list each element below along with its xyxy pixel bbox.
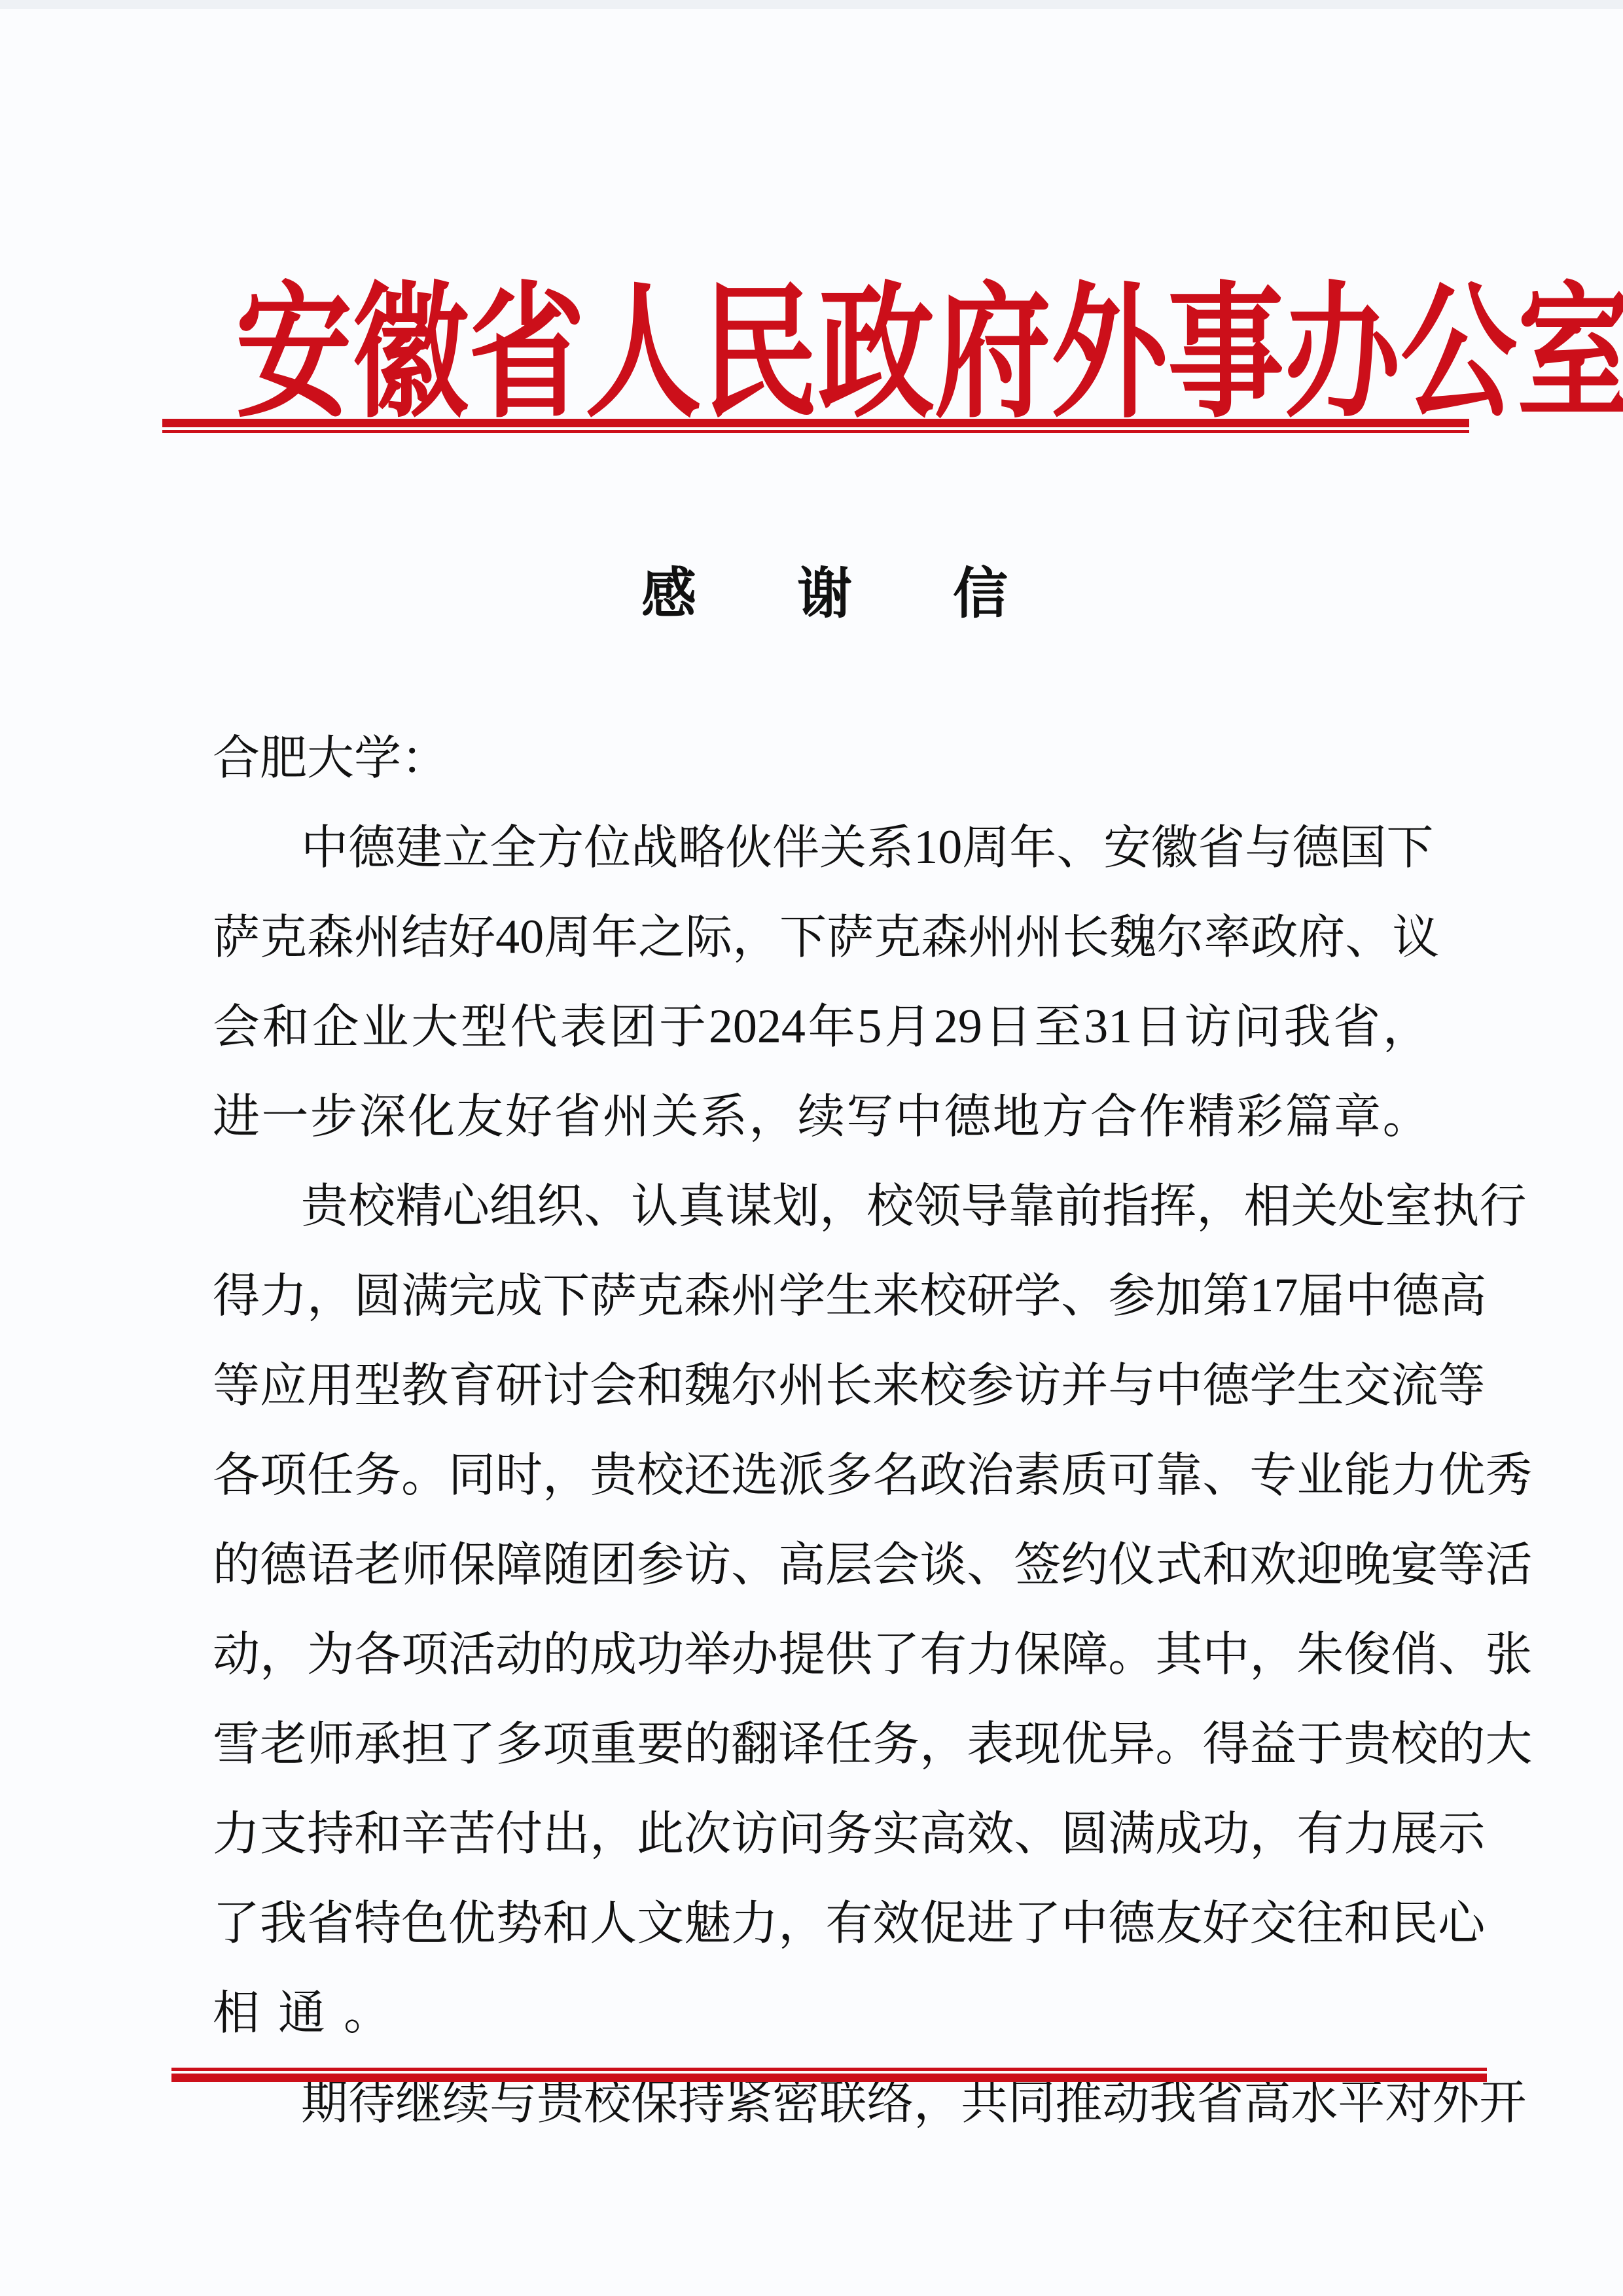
glyph: 活 bbox=[448, 1610, 495, 1699]
glyph: 访 bbox=[1014, 1341, 1061, 1430]
glyph: 前 bbox=[1055, 1161, 1102, 1251]
glyph: 质 bbox=[1061, 1430, 1108, 1520]
glyph: 生 bbox=[825, 1251, 872, 1341]
glyph: 州 bbox=[1015, 892, 1062, 982]
glyph: 型 bbox=[354, 1341, 401, 1430]
glyph: 、 bbox=[1014, 1789, 1061, 1879]
glyph: 圆 bbox=[354, 1251, 401, 1341]
glyph: 会 bbox=[590, 1341, 637, 1430]
glyph: 育 bbox=[448, 1341, 495, 1430]
glyph: 与 bbox=[490, 2058, 537, 2147]
glyph: 徽 bbox=[1150, 803, 1198, 892]
glyph: 建 bbox=[395, 803, 442, 892]
glyph: 研 bbox=[495, 1341, 543, 1430]
glyph: 届 bbox=[1298, 1251, 1345, 1341]
glyph: 此 bbox=[637, 1789, 684, 1879]
glyph: 层 bbox=[825, 1520, 872, 1610]
glyph: 人 bbox=[590, 1879, 637, 1968]
glyph: 结 bbox=[401, 892, 448, 982]
glyph: 各 bbox=[354, 1610, 401, 1699]
glyph: 全 bbox=[490, 803, 537, 892]
glyph: 友 bbox=[456, 1072, 503, 1161]
glyph: 担 bbox=[401, 1699, 448, 1789]
glyph: 中 bbox=[301, 803, 348, 892]
number: 31 bbox=[1084, 982, 1132, 1072]
glyph: 参 bbox=[1108, 1251, 1155, 1341]
glyph: 讨 bbox=[543, 1341, 590, 1430]
glyph: 校 bbox=[637, 1430, 684, 1520]
glyph: 等 bbox=[1438, 1341, 1485, 1430]
glyph: 现 bbox=[1014, 1699, 1061, 1789]
glyph: 交 bbox=[1344, 1341, 1391, 1430]
glyph: 俏 bbox=[1391, 1610, 1438, 1699]
glyph: 校 bbox=[866, 1161, 914, 1251]
glyph: 辛 bbox=[401, 1789, 448, 1879]
glyph: 优 bbox=[448, 1879, 495, 1968]
glyph: 和 bbox=[1202, 1520, 1249, 1610]
glyph: 会 bbox=[213, 982, 260, 1072]
glyph: 、 bbox=[967, 1520, 1014, 1610]
glyph: 促 bbox=[919, 1879, 967, 1968]
glyph: 等 bbox=[213, 1341, 260, 1430]
glyph: 校 bbox=[584, 2058, 631, 2147]
glyph: 靠 bbox=[1008, 1161, 1055, 1251]
glyph: 率 bbox=[1204, 892, 1251, 982]
glyph: 能 bbox=[1344, 1430, 1391, 1520]
glyph: 续 bbox=[442, 2058, 490, 2147]
glyph: 力 bbox=[967, 1610, 1014, 1699]
glyph: 府 bbox=[1298, 892, 1345, 982]
glyph: 高 bbox=[1439, 1251, 1486, 1341]
glyph: 力 bbox=[213, 1789, 260, 1879]
glyph: 精 bbox=[395, 1161, 442, 1251]
body-line: 动，为各项活动的成功举办提供了有力保障。其中，朱俊俏、张 bbox=[213, 1610, 1430, 1699]
glyph: 保 bbox=[631, 2058, 678, 2147]
glyph: 访 bbox=[1185, 982, 1232, 1072]
glyph: 、 bbox=[731, 1520, 778, 1610]
glyph: 州 bbox=[603, 1072, 650, 1161]
glyph: 魅 bbox=[684, 1879, 731, 1968]
glyph: 推 bbox=[1055, 2058, 1102, 2147]
glyph: 省 bbox=[1333, 982, 1380, 1072]
glyph: 魏 bbox=[684, 1341, 731, 1430]
glyph: 伴 bbox=[772, 803, 819, 892]
glyph: 欢 bbox=[1249, 1520, 1296, 1610]
glyph: 贵 bbox=[301, 1161, 348, 1251]
glyph: ， bbox=[749, 1072, 796, 1161]
glyph: 务 bbox=[872, 1699, 919, 1789]
glyph: 德 bbox=[1108, 1879, 1155, 1968]
glyph: 异 bbox=[1108, 1699, 1155, 1789]
letter-title: 感谢信 bbox=[641, 550, 1008, 628]
glyph: 省 bbox=[1198, 803, 1245, 892]
glyph: 问 bbox=[778, 1789, 825, 1879]
glyph: 日 bbox=[985, 982, 1032, 1072]
glyph: 校 bbox=[919, 1251, 967, 1341]
glyph: 水 bbox=[1291, 2058, 1338, 2147]
glyph: 中 bbox=[895, 1072, 942, 1161]
glyph: 篇 bbox=[1285, 1072, 1332, 1161]
glyph: 徽 bbox=[352, 236, 469, 445]
glyph: 俊 bbox=[1344, 1610, 1391, 1699]
glyph: 动 bbox=[213, 1610, 260, 1699]
glyph: 深 bbox=[359, 1072, 406, 1161]
glyph: 成 bbox=[495, 1251, 543, 1341]
glyph: 项 bbox=[543, 1699, 590, 1789]
body-line: 相通。 bbox=[213, 1968, 1430, 2058]
glyph: 中 bbox=[1061, 1879, 1108, 1968]
glyph: 政 bbox=[1251, 892, 1298, 982]
glyph: 感 bbox=[641, 550, 696, 629]
glyph: 与 bbox=[1108, 1341, 1155, 1430]
glyph: 优 bbox=[1438, 1430, 1485, 1520]
glyph: 于 bbox=[1296, 1699, 1344, 1789]
glyph: 团 bbox=[609, 982, 656, 1072]
glyph: 了 bbox=[448, 1699, 495, 1789]
glyph: 约 bbox=[1061, 1520, 1108, 1610]
glyph: 克 bbox=[874, 892, 921, 982]
glyph: 功 bbox=[637, 1610, 684, 1699]
glyph: 我 bbox=[260, 1879, 307, 1968]
glyph: 访 bbox=[731, 1789, 778, 1879]
glyph: 功 bbox=[1202, 1789, 1249, 1879]
glyph: 萨 bbox=[827, 892, 874, 982]
glyph: 项 bbox=[401, 1610, 448, 1699]
glyph: 政 bbox=[818, 236, 935, 445]
glyph: 障 bbox=[495, 1520, 543, 1610]
glyph: 、 bbox=[1345, 892, 1392, 982]
glyph: 式 bbox=[1155, 1520, 1202, 1610]
glyph: 力 bbox=[1344, 1789, 1391, 1879]
glyph: 益 bbox=[1249, 1699, 1296, 1789]
glyph: 其 bbox=[1155, 1610, 1202, 1699]
glyph: 校 bbox=[919, 1341, 967, 1430]
glyph: 年 bbox=[1009, 803, 1056, 892]
glyph: 有 bbox=[919, 1610, 967, 1699]
glyph: ， bbox=[1196, 1161, 1243, 1251]
glyph: 活 bbox=[1485, 1520, 1532, 1610]
glyph: 于 bbox=[659, 982, 706, 1072]
glyph: 克 bbox=[637, 1251, 684, 1341]
glyph: 下 bbox=[543, 1251, 590, 1341]
glyph: 持 bbox=[678, 2058, 725, 2147]
glyph: 森 bbox=[684, 1251, 731, 1341]
glyph: 期 bbox=[301, 2058, 348, 2147]
glyph: ， bbox=[260, 1610, 307, 1699]
glyph: 合 bbox=[1090, 1072, 1137, 1161]
glyph: 安 bbox=[1103, 803, 1150, 892]
glyph: 公 bbox=[1400, 236, 1517, 445]
glyph: 德 bbox=[944, 1072, 991, 1161]
glyph: 成 bbox=[590, 1610, 637, 1699]
glyph: 和 bbox=[1344, 1879, 1391, 1968]
glyph: 略 bbox=[678, 803, 725, 892]
glyph: 满 bbox=[1108, 1789, 1155, 1879]
glyph: 待 bbox=[348, 2058, 395, 2147]
glyph: 交 bbox=[1249, 1879, 1296, 1968]
glyph: 大 bbox=[1485, 1699, 1532, 1789]
glyph: 关 bbox=[651, 1072, 698, 1161]
glyph: 战 bbox=[631, 803, 678, 892]
glyph: 认 bbox=[631, 1161, 678, 1251]
body-line: 萨克森州结好40周年之际，下萨克森州州长魏尔率政府、议 bbox=[213, 892, 1430, 982]
glyph: 用 bbox=[307, 1341, 354, 1430]
glyph: 友 bbox=[1155, 1879, 1202, 1968]
glyph: 系 bbox=[700, 1072, 747, 1161]
glyph: 际 bbox=[685, 892, 732, 982]
glyph: 心 bbox=[1438, 1879, 1485, 1968]
glyph: 第 bbox=[1202, 1251, 1249, 1341]
glyph: 有 bbox=[1296, 1789, 1344, 1879]
number: 2024 bbox=[709, 982, 806, 1072]
glyph: 省 bbox=[554, 1072, 601, 1161]
glyph: 章 bbox=[1334, 1072, 1381, 1161]
body-line: 贵校精心组织、认真谋划，校领导靠前指挥，相关处室执行 bbox=[213, 1161, 1430, 1251]
glyph: 了 bbox=[1014, 1879, 1061, 1968]
glyph: 和 bbox=[262, 982, 310, 1072]
body-line: 期待继续与贵校保持紧密联络，共同推动我省高水平对外开 bbox=[213, 2058, 1430, 2147]
glyph: 周 bbox=[962, 803, 1009, 892]
glyph: 民 bbox=[702, 236, 818, 445]
glyph: 型 bbox=[461, 982, 508, 1072]
glyph: ， bbox=[819, 1161, 866, 1251]
glyph: 中 bbox=[1345, 1251, 1392, 1341]
glyph: 魏 bbox=[1109, 892, 1156, 982]
glyph: 张 bbox=[1485, 1610, 1532, 1699]
glyph: 动 bbox=[495, 1610, 543, 1699]
glyph: 联 bbox=[819, 2058, 866, 2147]
glyph: 流 bbox=[1391, 1341, 1438, 1430]
glyph: 省 bbox=[307, 1879, 354, 1968]
glyph: 企 bbox=[312, 982, 359, 1072]
glyph: 色 bbox=[401, 1879, 448, 1968]
glyph: 行 bbox=[1479, 1161, 1526, 1251]
glyph: 付 bbox=[495, 1789, 543, 1879]
glyph: 划 bbox=[772, 1161, 819, 1251]
body-line: 进一步深化友好省州关系，续写中德地方合作精彩篇章。 bbox=[213, 1072, 1430, 1161]
glyph: 州 bbox=[731, 1251, 778, 1341]
glyph: 多 bbox=[495, 1699, 543, 1789]
glyph: 政 bbox=[919, 1430, 967, 1520]
glyph: 中 bbox=[1155, 1341, 1202, 1430]
glyph: 。 bbox=[344, 1968, 391, 2058]
glyph: 、 bbox=[1438, 1610, 1485, 1699]
glyph: 等 bbox=[1438, 1520, 1485, 1610]
letter-body: 合肥大学： 中德建立全方位战略伙伴关系10周年、安徽省与德国下萨克森州结好40周… bbox=[213, 713, 1430, 2147]
glyph: 和 bbox=[637, 1341, 684, 1430]
glyph: 精 bbox=[1188, 1072, 1235, 1161]
glyph: 萨 bbox=[213, 892, 260, 982]
glyph: 力 bbox=[1391, 1430, 1438, 1520]
glyph: 相 bbox=[1243, 1161, 1291, 1251]
glyph: 要 bbox=[637, 1699, 684, 1789]
glyph: 次 bbox=[684, 1789, 731, 1879]
glyph: 萨 bbox=[590, 1251, 637, 1341]
glyph: 靠 bbox=[1155, 1430, 1202, 1520]
glyph: 有 bbox=[825, 1879, 872, 1968]
glyph: 事 bbox=[1168, 236, 1284, 445]
glyph: 加 bbox=[1155, 1251, 1202, 1341]
glyph: 承 bbox=[354, 1699, 401, 1789]
glyph: 长 bbox=[825, 1341, 872, 1430]
glyph: 得 bbox=[1202, 1699, 1249, 1789]
glyph: 年 bbox=[591, 892, 638, 982]
glyph: 真 bbox=[678, 1161, 725, 1251]
glyph: 的 bbox=[543, 1610, 590, 1699]
glyph: 络 bbox=[866, 2058, 914, 2147]
glyph: 时 bbox=[495, 1430, 543, 1520]
glyph: 彩 bbox=[1236, 1072, 1283, 1161]
glyph: 研 bbox=[967, 1251, 1014, 1341]
glyph: 往 bbox=[1296, 1879, 1344, 1968]
glyph: 保 bbox=[1014, 1610, 1061, 1699]
number: 5 bbox=[857, 982, 882, 1072]
glyph: 参 bbox=[967, 1341, 1014, 1430]
glyph: 供 bbox=[825, 1610, 872, 1699]
body-line: 会和企业大型代表团于2024年5月29日至31日访问我省， bbox=[213, 982, 1430, 1072]
glyph: 至 bbox=[1034, 982, 1081, 1072]
glyph: 老 bbox=[354, 1520, 401, 1610]
glyph: 外 bbox=[1432, 2058, 1479, 2147]
glyph: 下 bbox=[779, 892, 827, 982]
glyph: 。 bbox=[1155, 1699, 1202, 1789]
glyph: 实 bbox=[872, 1789, 919, 1879]
glyph: 与 bbox=[1245, 803, 1292, 892]
glyph: 出 bbox=[543, 1789, 590, 1879]
glyph: 通 bbox=[278, 1968, 325, 2058]
glyph: 翻 bbox=[731, 1699, 778, 1789]
glyph: 好 bbox=[448, 892, 495, 982]
glyph: 师 bbox=[307, 1699, 354, 1789]
glyph: 好 bbox=[505, 1072, 552, 1161]
glyph: 并 bbox=[1061, 1341, 1108, 1430]
glyph: 优 bbox=[1061, 1699, 1108, 1789]
glyph: 示 bbox=[1438, 1789, 1485, 1879]
glyph: 、 bbox=[1056, 803, 1103, 892]
glyph: 多 bbox=[825, 1430, 872, 1520]
glyph: 学 bbox=[778, 1251, 825, 1341]
glyph: 作 bbox=[1139, 1072, 1186, 1161]
glyph: 信 bbox=[953, 550, 1008, 629]
glyph: 力 bbox=[260, 1251, 307, 1341]
glyph: 心 bbox=[442, 1161, 490, 1251]
glyph: 室 bbox=[1517, 236, 1623, 445]
glyph: ， bbox=[778, 1879, 825, 1968]
body-line: 等应用型教育研讨会和魏尔州长来校参访并与中德学生交流等 bbox=[213, 1341, 1430, 1430]
glyph: 化 bbox=[408, 1072, 455, 1161]
number: 29 bbox=[934, 982, 982, 1072]
glyph: 高 bbox=[778, 1520, 825, 1610]
glyph: 提 bbox=[778, 1610, 825, 1699]
glyph: 领 bbox=[914, 1161, 961, 1251]
glyph: 同 bbox=[448, 1430, 495, 1520]
glyph: ， bbox=[590, 1789, 637, 1879]
glyph: 高 bbox=[1243, 2058, 1291, 2147]
number: 40 bbox=[495, 892, 544, 982]
glyph: 业 bbox=[1296, 1430, 1344, 1520]
glyph: 日 bbox=[1135, 982, 1182, 1072]
glyph: 会 bbox=[872, 1520, 919, 1610]
glyph: ， bbox=[914, 2058, 961, 2147]
glyph: 民 bbox=[1391, 1879, 1438, 1968]
glyph: 密 bbox=[772, 2058, 819, 2147]
glyph: 方 bbox=[537, 803, 584, 892]
glyph: 名 bbox=[872, 1430, 919, 1520]
glyph: 晚 bbox=[1344, 1520, 1391, 1610]
glyph: 语 bbox=[307, 1520, 354, 1610]
glyph: 系 bbox=[866, 803, 914, 892]
glyph: 共 bbox=[961, 2058, 1008, 2147]
glyph: 周 bbox=[544, 892, 591, 982]
glyph: 。 bbox=[401, 1430, 448, 1520]
glyph: 省 bbox=[1196, 2058, 1243, 2147]
glyph: 处 bbox=[1338, 1161, 1385, 1251]
number: 10 bbox=[914, 803, 962, 892]
glyph: 森 bbox=[921, 892, 968, 982]
glyph: ， bbox=[543, 1430, 590, 1520]
glyph: 外 bbox=[1051, 236, 1168, 445]
glyph: 应 bbox=[260, 1341, 307, 1430]
glyph: 素 bbox=[1014, 1430, 1061, 1520]
glyph: 、 bbox=[584, 1161, 631, 1251]
glyph: 教 bbox=[401, 1341, 448, 1430]
glyph: 之 bbox=[638, 892, 685, 982]
glyph: 任 bbox=[825, 1699, 872, 1789]
glyph: 治 bbox=[967, 1430, 1014, 1520]
body-line: 各项任务。同时，贵校还选派多名政治素质可靠、专业能力优秀 bbox=[213, 1430, 1430, 1520]
glyph: 生 bbox=[1296, 1341, 1344, 1430]
glyph: 州 bbox=[968, 892, 1015, 982]
glyph: 写 bbox=[846, 1072, 893, 1161]
glyph: 仪 bbox=[1108, 1520, 1155, 1610]
glyph: 关 bbox=[819, 803, 866, 892]
glyph: 任 bbox=[307, 1430, 354, 1520]
salutation-text: 合肥大学： bbox=[213, 713, 448, 803]
glyph: 续 bbox=[798, 1072, 845, 1161]
glyph: 障 bbox=[1061, 1610, 1108, 1699]
glyph: 克 bbox=[260, 892, 307, 982]
glyph: 学 bbox=[1249, 1341, 1296, 1430]
footer-rule-thin bbox=[171, 2068, 1487, 2071]
glyph: 务 bbox=[825, 1789, 872, 1879]
glyph: 我 bbox=[1149, 2058, 1196, 2147]
glyph: ， bbox=[1383, 982, 1430, 1072]
glyph: 满 bbox=[401, 1251, 448, 1341]
glyph: 业 bbox=[361, 982, 408, 1072]
glyph: 州 bbox=[778, 1341, 825, 1430]
glyph: 好 bbox=[1202, 1879, 1249, 1968]
glyph: 进 bbox=[213, 1072, 260, 1161]
glyph: 各 bbox=[213, 1430, 260, 1520]
glyph: 的 bbox=[684, 1699, 731, 1789]
glyph: 和 bbox=[354, 1789, 401, 1879]
glyph: 苦 bbox=[448, 1789, 495, 1879]
glyph: 支 bbox=[260, 1789, 307, 1879]
glyph: 力 bbox=[731, 1879, 778, 1968]
glyph: 贵 bbox=[537, 2058, 584, 2147]
body-lines: 中德建立全方位战略伙伴关系10周年、安徽省与德国下萨克森州结好40周年之际，下萨… bbox=[213, 803, 1430, 2147]
glyph: 师 bbox=[401, 1520, 448, 1610]
glyph: 高 bbox=[919, 1789, 967, 1879]
glyph: 森 bbox=[307, 892, 354, 982]
glyph: 老 bbox=[260, 1699, 307, 1789]
glyph: 选 bbox=[731, 1430, 778, 1520]
glyph: 、 bbox=[1202, 1430, 1249, 1520]
glyph: 势 bbox=[495, 1879, 543, 1968]
glyph: 举 bbox=[684, 1610, 731, 1699]
glyph: ， bbox=[732, 892, 779, 982]
body-line: 了我省特色优势和人文魅力，有效促进了中德友好交往和民心 bbox=[213, 1879, 1430, 1968]
